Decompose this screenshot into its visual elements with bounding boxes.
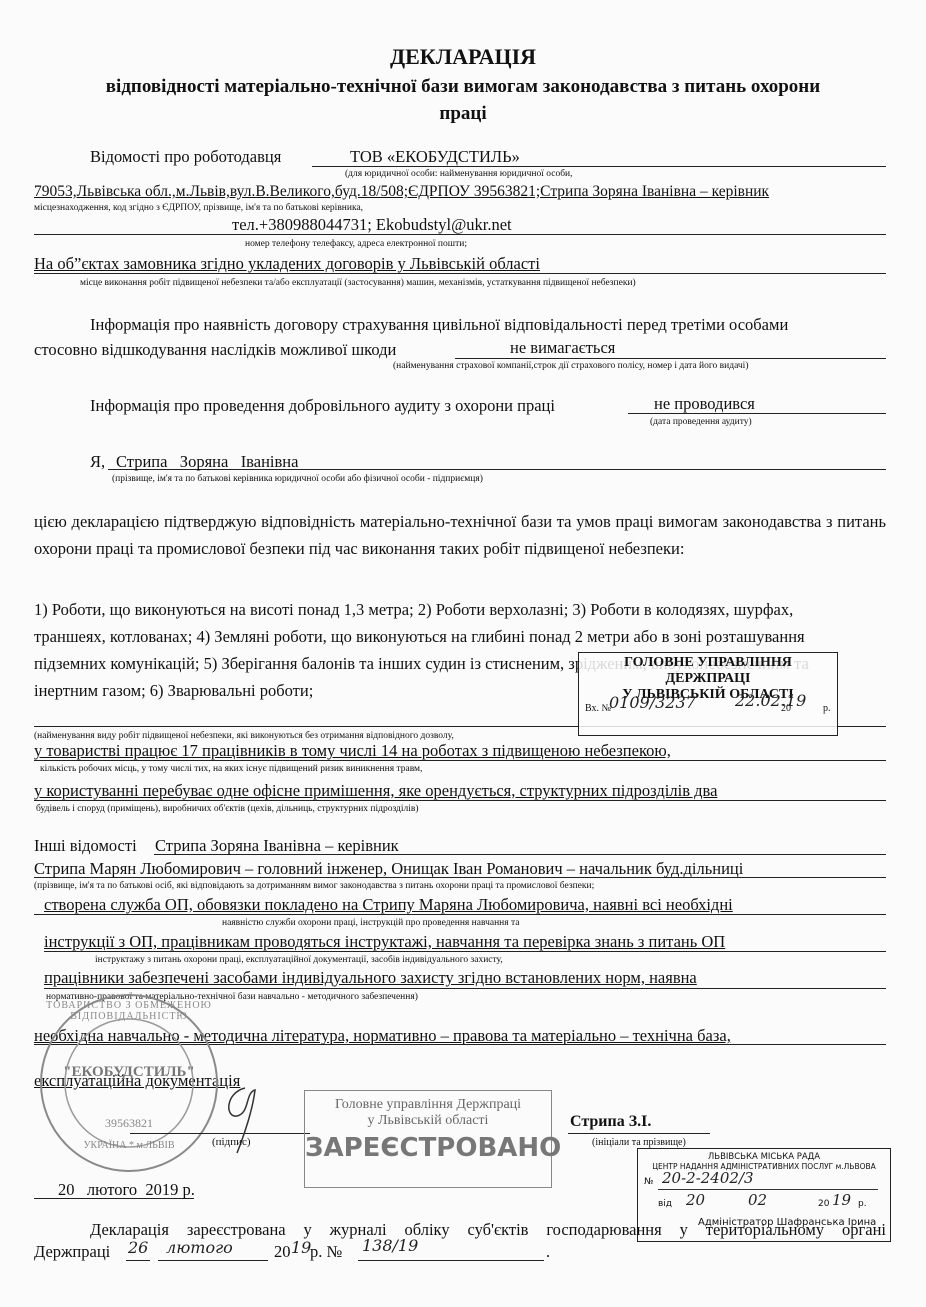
registration-year: 19: [291, 1238, 311, 1257]
employer-address-hint: місцезнаходження, код згідно з ЄДРПОУ, п…: [34, 203, 363, 213]
registration-number: 138/19: [362, 1236, 418, 1255]
other-rule-5: [44, 988, 886, 989]
employer-contacts-hint: номер телефону телефаксу, адреса електро…: [245, 239, 467, 249]
inbox-stamp-date: 22.02.19: [735, 691, 806, 710]
other-line-1: Стрипа Зоряна Іванівна – керівник: [155, 836, 399, 856]
document-title: ДЕКЛАРАЦІЯ: [0, 44, 926, 70]
other-line-2: Стрипа Марян Любомирович – головний інже…: [34, 859, 743, 879]
registration-year-prefix: 20: [274, 1242, 291, 1262]
insurance-rule: [455, 358, 886, 359]
other-hint-3: інструктажу з питань охорони праці, експ…: [95, 955, 503, 965]
employer-name: ТОВ «ЕКОБУДСТИЛЬ»: [350, 147, 520, 167]
registration-day-rule: [126, 1260, 150, 1261]
inbox-stamp-line1: ГОЛОВНЕ УПРАВЛІННЯ: [579, 655, 837, 671]
other-line-4: інструкції з ОП, працівникам проводяться…: [44, 932, 725, 952]
company-seal-bottom: УКРАЇНА * м.ЛЬВІВ: [36, 1140, 222, 1151]
registration-org: Держпраці: [34, 1242, 110, 1262]
inbox-stamp-year: 20: [781, 703, 791, 714]
city-council-year: 19: [832, 1191, 851, 1209]
employer-contacts: тел.+380988044731; Ekobudstyl@ukr.net: [232, 215, 512, 235]
registration-month: лютого: [166, 1238, 233, 1257]
work-place-hint: місце виконання робіт підвищеної небезпе…: [80, 278, 636, 288]
works-hint: (найменування виду робіт підвищеної небе…: [34, 731, 454, 741]
signatory-name-hint: (ініціали та прізвище): [592, 1137, 686, 1148]
other-line-5: працівники забезпечені засобами індивіду…: [44, 968, 697, 988]
inbox-stamp: ГОЛОВНЕ УПРАВЛІННЯ ДЕРЖПРАЦІ У ЛЬВІВСЬКІ…: [578, 652, 838, 736]
company-seal-center: "ЕКОБУДСТИЛЬ": [36, 1064, 222, 1081]
statement-paragraph: цією декларацією підтверджую відповідніс…: [34, 508, 886, 562]
declarant-prefix: Я,: [90, 452, 105, 472]
city-council-line1: ЛЬВІВСЬКА МІСЬКА РАДА: [638, 1152, 890, 1162]
city-council-num-label: №: [644, 1177, 653, 1187]
name-rule: [568, 1133, 710, 1134]
insurance-text: Інформація про наявність договору страху…: [90, 315, 788, 335]
city-council-year-prefix: 20: [818, 1199, 829, 1209]
inbox-stamp-suffix: р.: [823, 703, 831, 714]
registration-text: Декларація зареєстрована у журналі облік…: [90, 1220, 886, 1240]
audit-hint: (дата проведення аудиту): [650, 417, 752, 427]
workers-hint: кількість робочих місць, у тому числі ти…: [40, 764, 422, 774]
registration-month-rule: [158, 1260, 268, 1261]
registered-stamp: Головне управління Держпраці у Львівські…: [304, 1090, 552, 1188]
premises-value: у користуванні перебуває одне офісне при…: [34, 781, 717, 801]
insurance-hint: (найменування страхової компанії,строк д…: [393, 361, 749, 371]
registration-period: .: [546, 1242, 550, 1262]
inbox-stamp-num: 0109/3237: [609, 693, 696, 712]
city-council-month: 02: [748, 1191, 767, 1209]
audit-label: Інформація про проведення добровільного …: [90, 396, 555, 416]
company-seal-ring-text: ТОВАРИСТВО З ОБМЕЖЕНОЮ ВІДПОВІДАЛЬНІСТЮ: [36, 1000, 222, 1022]
other-label: Інші відомості: [34, 836, 137, 856]
company-seal-code: 39563821: [36, 1116, 222, 1131]
signature-hint: (підпис): [212, 1136, 251, 1148]
other-hint-2: наявністю служби охорони праці, інструкц…: [222, 918, 519, 928]
employer-label: Відомості про роботодавця: [90, 147, 281, 167]
city-council-suffix: р.: [858, 1199, 867, 1209]
insurance-value: не вимагається: [510, 338, 615, 358]
other-line-3: створена служба ОП, обовязки покладено н…: [44, 895, 733, 915]
employer-address: 79053,Львівська обл.,м.Львів,вул.В.Велик…: [34, 183, 769, 201]
registered-stamp-label: ЗАРЕЄСТРОВАНО: [305, 1133, 551, 1163]
audit-value: не проводився: [654, 394, 755, 414]
employer-name-hint: (для юридичної особи: найменування юриди…: [345, 169, 573, 179]
registration-year-suffix: р. №: [310, 1242, 342, 1262]
signatory-name: Стрипа З.І.: [570, 1113, 651, 1131]
insurance-label: стосовно відшкодування наслідків можливо…: [34, 340, 396, 360]
work-place: На об”єктах замовника згідно укладених д…: [34, 254, 540, 274]
city-council-day: 20: [686, 1191, 705, 1209]
declarant-hint: (прізвище, ім'я та по батькові керівника…: [112, 474, 483, 484]
company-seal: ТОВАРИСТВО З ОБМЕЖЕНОЮ ВІДПОВІДАЛЬНІСТЮ …: [36, 990, 222, 1176]
premises-hint: будівель і споруд (приміщень), виробничи…: [36, 804, 419, 814]
document-subtitle-cont: праці: [0, 103, 926, 125]
city-council-date-label: від: [658, 1199, 672, 1209]
registered-stamp-line1: Головне управління Держпраці: [305, 1097, 551, 1113]
registered-stamp-line2: у Львівській області: [305, 1113, 551, 1129]
workers-value: у товаристві працює 17 працівників в том…: [34, 741, 671, 761]
registration-day: 26: [128, 1238, 148, 1257]
city-council-num: 20-2-2402/3: [662, 1169, 754, 1187]
declarant-name: Стрипа Зоряна Іванівна: [116, 452, 298, 472]
registration-number-rule: [358, 1260, 544, 1261]
inbox-stamp-line2: ДЕРЖПРАЦІ: [579, 671, 837, 687]
other-hint-1: (прізвище, ім'я та по батькові осіб, які…: [34, 881, 594, 891]
declaration-date: 20 лютого 2019 р.: [58, 1180, 195, 1200]
inbox-stamp-num-label: Вх. №: [585, 703, 611, 714]
document-subtitle: відповідності матеріально-технічної бази…: [0, 76, 926, 98]
